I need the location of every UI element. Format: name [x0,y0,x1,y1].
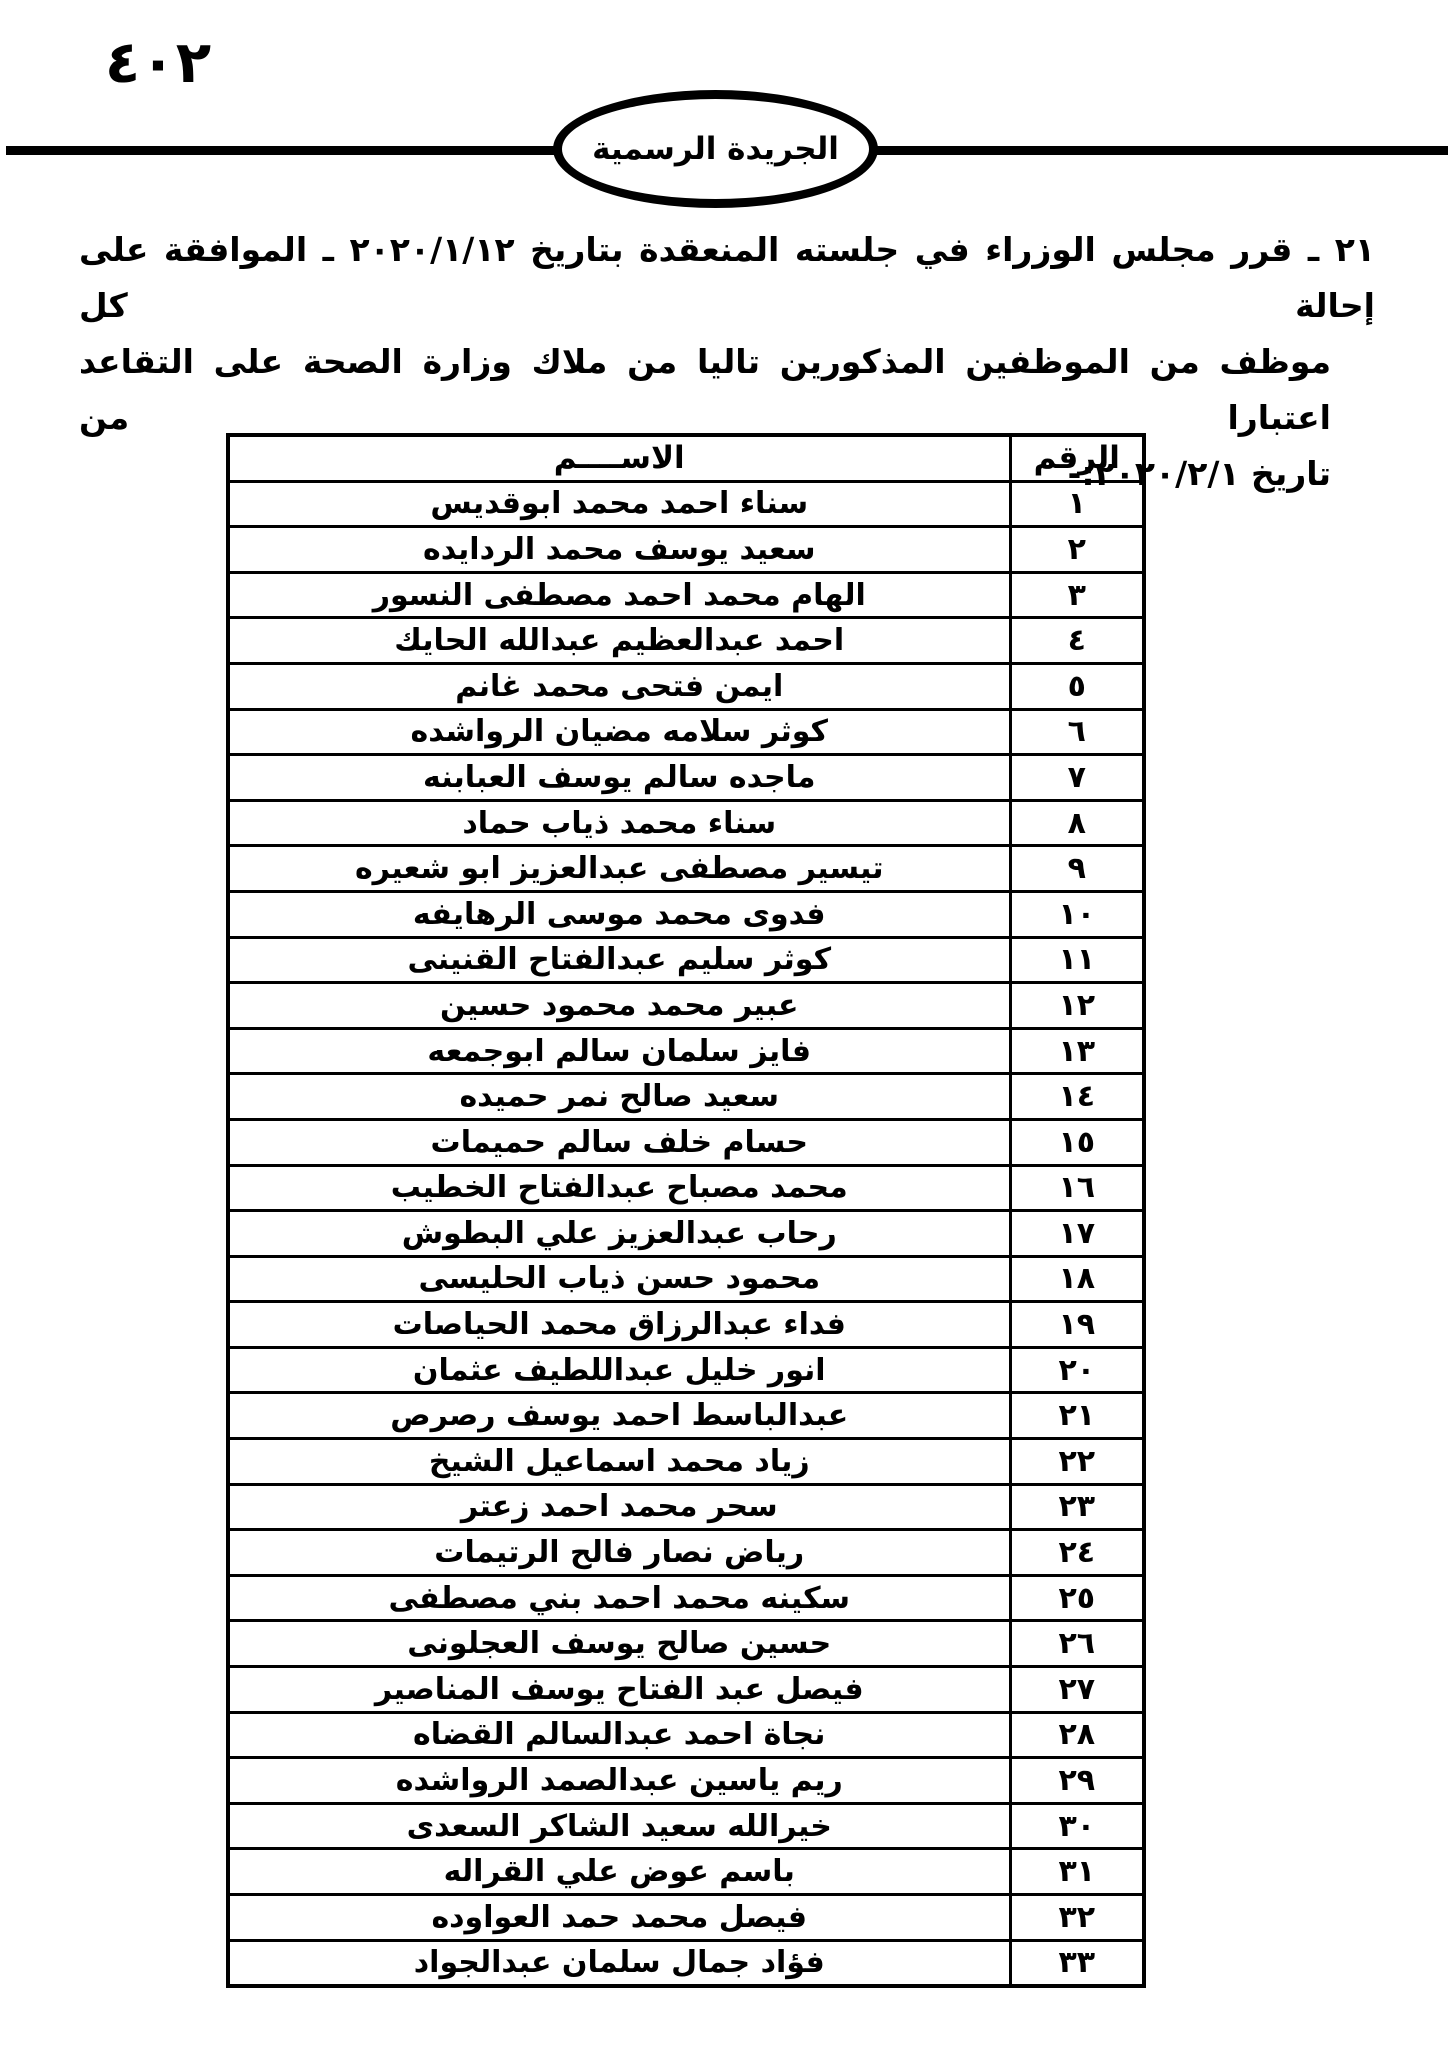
table-row: ٢٢زياد محمد اسماعيل الشيخ [228,1439,1144,1485]
gazette-oval: الجريدة الرسمية [553,90,878,208]
name-cell: فيصل محمد حمد العواوده [228,1895,1010,1941]
number-cell: ٢٣ [1010,1484,1144,1530]
name-cell: حسين صالح يوسف العجلونى [228,1621,1010,1667]
table-row: ٣١باسم عوض علي القراله [228,1849,1144,1895]
table-row: ٥ايمن فتحى محمد غانم [228,663,1144,709]
table-row: ٢٣سحر محمد احمد زعتر [228,1484,1144,1530]
number-cell: ٥ [1010,663,1144,709]
gazette-title: الجريدة الرسمية [592,131,839,167]
name-cell: فدوى محمد موسى الرهايفه [228,891,1010,937]
table-row: ٢٨نجاة احمد عبدالسالم القضاه [228,1712,1144,1758]
name-cell: سكينه محمد احمد بني مصطفى [228,1575,1010,1621]
name-cell: عبير محمد محمود حسين [228,983,1010,1029]
name-cell: خيرالله سعيد الشاكر السعدى [228,1803,1010,1849]
number-cell: ٧ [1010,755,1144,801]
number-cell: ٨ [1010,800,1144,846]
table-row: ٢١عبدالباسط احمد يوسف رصرص [228,1393,1144,1439]
gazette-page: { "colors": { "ink": "#000000", "paper":… [0,0,1454,2048]
number-cell: ١٩ [1010,1302,1144,1348]
number-cell: ٤ [1010,618,1144,664]
number-cell: ١٠ [1010,891,1144,937]
name-cell: ريم ياسين عبدالصمد الرواشده [228,1758,1010,1804]
table-row: ١سناء احمد محمد ابوقديس [228,481,1144,527]
name-cell: كوثر سلامه مضيان الرواشده [228,709,1010,755]
table-row: ٣٣فؤاد جمال سلمان عبدالجواد [228,1940,1144,1986]
table-row: ٣الهام محمد احمد مصطفى النسور [228,572,1144,618]
table-row: ٣٢فيصل محمد حمد العواوده [228,1895,1144,1941]
name-cell: سعيد يوسف محمد الردايده [228,527,1010,573]
table-row: ٤احمد عبدالعظيم عبدالله الحايك [228,618,1144,664]
name-cell: سحر محمد احمد زعتر [228,1484,1010,1530]
table-row: ٢٥سكينه محمد احمد بني مصطفى [228,1575,1144,1621]
name-cell: رياض نصار فالح الرتيمات [228,1530,1010,1576]
table-row: ٨سناء محمد ذياب حماد [228,800,1144,846]
number-cell: ٢٥ [1010,1575,1144,1621]
number-column-header: الرقم [1010,435,1144,481]
table-row: ٧ماجده سالم يوسف العبابنه [228,755,1144,801]
number-cell: ٢٩ [1010,1758,1144,1804]
name-cell: حسام خلف سالم حميمات [228,1119,1010,1165]
number-cell: ٢٦ [1010,1621,1144,1667]
table-row: ١٤سعيد صالح نمر حميده [228,1074,1144,1120]
table-row: ١٨محمود حسن ذياب الحليسى [228,1256,1144,1302]
page-number: ٤٠٢ [98,28,218,96]
number-cell: ١٤ [1010,1074,1144,1120]
number-cell: ١١ [1010,937,1144,983]
table-row: ١٢عبير محمد محمود حسين [228,983,1144,1029]
name-cell: باسم عوض علي القراله [228,1849,1010,1895]
number-cell: ٢٧ [1010,1667,1144,1713]
number-cell: ١ [1010,481,1144,527]
name-cell: سناء محمد ذياب حماد [228,800,1010,846]
number-cell: ١٨ [1010,1256,1144,1302]
name-cell: عبدالباسط احمد يوسف رصرص [228,1393,1010,1439]
number-cell: ٢١ [1010,1393,1144,1439]
table-row: ٢سعيد يوسف محمد الردايده [228,527,1144,573]
retirees-table: الرقم الاســــم ١سناء احمد محمد ابوقديس٢… [226,433,1146,1988]
table-row: ١٣فايز سلمان سالم ابوجمعه [228,1028,1144,1074]
name-cell: انور خليل عبداللطيف عثمان [228,1347,1010,1393]
number-cell: ١٢ [1010,983,1144,1029]
name-cell: كوثر سليم عبدالفتاح القنينى [228,937,1010,983]
number-cell: ١٣ [1010,1028,1144,1074]
table-row: ١١كوثر سليم عبدالفتاح القنينى [228,937,1144,983]
name-cell: سعيد صالح نمر حميده [228,1074,1010,1120]
table-row: ٩تيسير مصطفى عبدالعزيز ابو شعيره [228,846,1144,892]
name-cell: زياد محمد اسماعيل الشيخ [228,1439,1010,1485]
table-row: ١٧رحاب عبدالعزيز علي البطوش [228,1211,1144,1257]
number-cell: ٢٨ [1010,1712,1144,1758]
table-row: ١٩فداء عبدالرزاق محمد الحياصات [228,1302,1144,1348]
table-row: ٢٠انور خليل عبداللطيف عثمان [228,1347,1144,1393]
number-cell: ٣٢ [1010,1895,1144,1941]
name-cell: محمد مصباح عبدالفتاح الخطيب [228,1165,1010,1211]
name-cell: محمود حسن ذياب الحليسى [228,1256,1010,1302]
name-cell: احمد عبدالعظيم عبدالله الحايك [228,618,1010,664]
name-cell: فداء عبدالرزاق محمد الحياصات [228,1302,1010,1348]
table-body: ١سناء احمد محمد ابوقديس٢سعيد يوسف محمد ا… [228,481,1144,1986]
name-cell: نجاة احمد عبدالسالم القضاه [228,1712,1010,1758]
name-cell: سناء احمد محمد ابوقديس [228,481,1010,527]
name-cell: ماجده سالم يوسف العبابنه [228,755,1010,801]
number-cell: ٢ [1010,527,1144,573]
table-row: ٢٦حسين صالح يوسف العجلونى [228,1621,1144,1667]
paragraph-line: موظف من الموظفين المذكورين تاليا من ملاك… [79,334,1375,446]
number-cell: ٣٠ [1010,1803,1144,1849]
number-cell: ٣١ [1010,1849,1144,1895]
number-cell: ١٧ [1010,1211,1144,1257]
number-cell: ١٦ [1010,1165,1144,1211]
number-cell: ٢٢ [1010,1439,1144,1485]
table-row: ١٠فدوى محمد موسى الرهايفه [228,891,1144,937]
table-row: ٦كوثر سلامه مضيان الرواشده [228,709,1144,755]
number-cell: ٩ [1010,846,1144,892]
name-cell: الهام محمد احمد مصطفى النسور [228,572,1010,618]
name-column-header: الاســــم [228,435,1010,481]
table-row: ٢٩ريم ياسين عبدالصمد الرواشده [228,1758,1144,1804]
name-cell: فؤاد جمال سلمان عبدالجواد [228,1940,1010,1986]
number-cell: ٣ [1010,572,1144,618]
table-header-row: الرقم الاســــم [228,435,1144,481]
table-row: ٢٤رياض نصار فالح الرتيمات [228,1530,1144,1576]
number-cell: ٢٤ [1010,1530,1144,1576]
name-cell: فيصل عبد الفتاح يوسف المناصير [228,1667,1010,1713]
number-cell: ١٥ [1010,1119,1144,1165]
number-cell: ٦ [1010,709,1144,755]
number-cell: ٣٣ [1010,1940,1144,1986]
table-row: ١٦محمد مصباح عبدالفتاح الخطيب [228,1165,1144,1211]
name-cell: ايمن فتحى محمد غانم [228,663,1010,709]
name-cell: تيسير مصطفى عبدالعزيز ابو شعيره [228,846,1010,892]
name-cell: رحاب عبدالعزيز علي البطوش [228,1211,1010,1257]
paragraph-line: ٢١ ـ قرر مجلس الوزراء في جلسته المنعقدة … [79,222,1375,334]
table-row: ٣٠خيرالله سعيد الشاكر السعدى [228,1803,1144,1849]
name-cell: فايز سلمان سالم ابوجمعه [228,1028,1010,1074]
table-row: ١٥حسام خلف سالم حميمات [228,1119,1144,1165]
number-cell: ٢٠ [1010,1347,1144,1393]
table-row: ٢٧فيصل عبد الفتاح يوسف المناصير [228,1667,1144,1713]
